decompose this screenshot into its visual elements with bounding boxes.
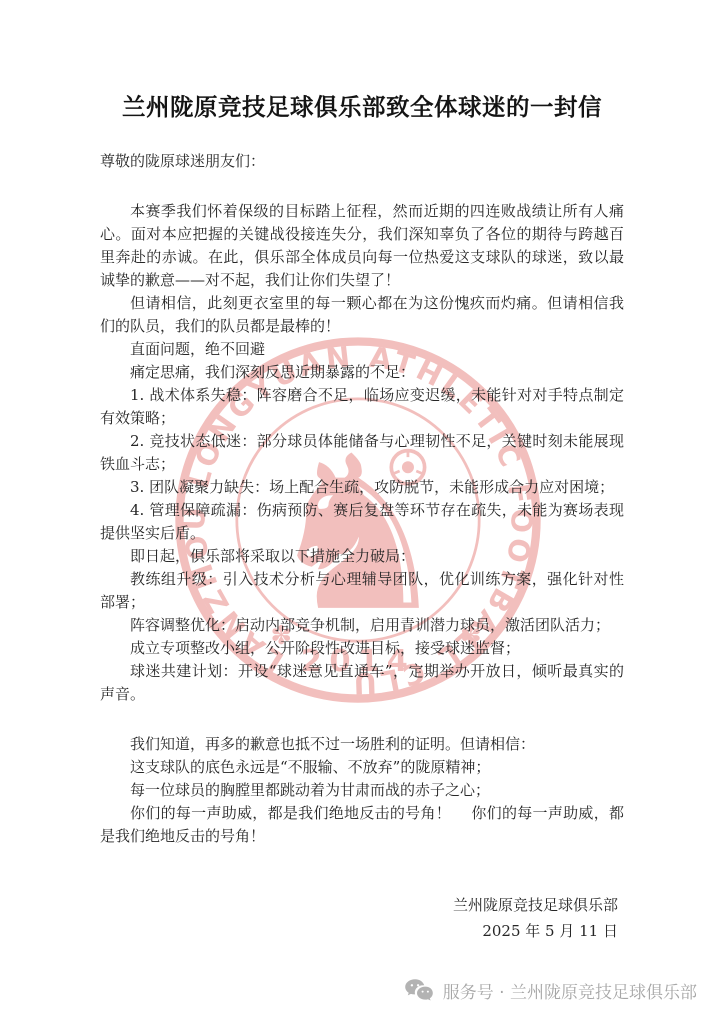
paragraph: 但请相信，此刻更衣室里的每一颗心都在为这份愧疚而灼痛。但请相信我们的队员，我们的… [100,292,624,338]
paragraph: 阵容调整优化：启动内部竞争机制，启用青训潜力球员，激活团队活力； [100,614,624,637]
letter-page: LANZHOU LONGYUAN ATHLETIC FOOTBALL CLUB … [0,0,720,1019]
paragraph: 本赛季我们怀着保级的目标踏上征程，然而近期的四连败战绩让所有人痛心。面对本应把握… [100,200,624,292]
paragraph: 4. 管理保障疏漏：伤病预防、赛后复盘等环节存在疏失，未能为赛场表现提供坚实后盾… [100,499,624,545]
paragraph: 痛定思痛，我们深刻反思近期暴露的不足： [100,361,624,384]
signature: 兰州陇原竞技足球俱乐部 [100,892,618,918]
paragraph: 教练组升级：引入技术分析与心理辅导团队，优化训练方案，强化针对性部署； [100,568,624,614]
paragraph: 每一位球员的胸膛里都跳动着为甘肃而战的赤子之心； [100,779,624,802]
letter-date: 2025 年 5 月 11 日 [100,918,618,944]
paragraph: 1. 战术体系失稳：阵容磨合不足，临场应变迟缓，未能针对对手特点制定有效策略； [100,384,624,430]
signature-block: 兰州陇原竞技足球俱乐部 2025 年 5 月 11 日 [100,892,624,944]
wechat-icon [404,978,435,1003]
paragraph: 直面问题，绝不回避 [100,338,624,361]
paragraph: 3. 团队凝聚力缺失：场上配合生疏，攻防脱节，未能形成合力应对困境； [100,476,624,499]
letter-title: 兰州陇原竞技足球俱乐部致全体球迷的一封信 [100,91,624,123]
paragraph: 球迷共建计划：开设“球迷意见直通车”，定期举办开放日，倾听最真实的声音。 [100,660,624,706]
paragraph: 你们的每一声助威，都是我们绝地反击的号角！ 你们的每一声助威，都是我们绝地反击的… [100,802,624,848]
paragraph: 成立专项整改小组，公开阶段性改进目标，接受球迷监督； [100,637,624,660]
salutation: 尊敬的陇原球迷朋友们： [100,150,624,173]
paragraph: 即日起，俱乐部将采取以下措施全力破局： [100,545,624,568]
wechat-account-label: 服务号 · 兰州陇原竞技足球俱乐部 [443,978,697,1003]
letter-body: 本赛季我们怀着保级的目标踏上征程，然而近期的四连败战绩让所有人痛心。面对本应把握… [100,200,624,848]
paragraph: 2. 竞技状态低迷：部分球员体能储备与心理韧性不足，关键时刻未能展现铁血斗志； [100,430,624,476]
wechat-account-footer[interactable]: 服务号 · 兰州陇原竞技足球俱乐部 [404,978,697,1003]
paragraph: 我们知道，再多的歉意也抵不过一场胜利的证明。但请相信： [100,733,624,756]
paragraph: 这支球队的底色永远是“不服输、不放弃”的陇原精神； [100,756,624,779]
letter-content: 兰州陇原竞技足球俱乐部致全体球迷的一封信 尊敬的陇原球迷朋友们： 本赛季我们怀着… [100,0,624,944]
